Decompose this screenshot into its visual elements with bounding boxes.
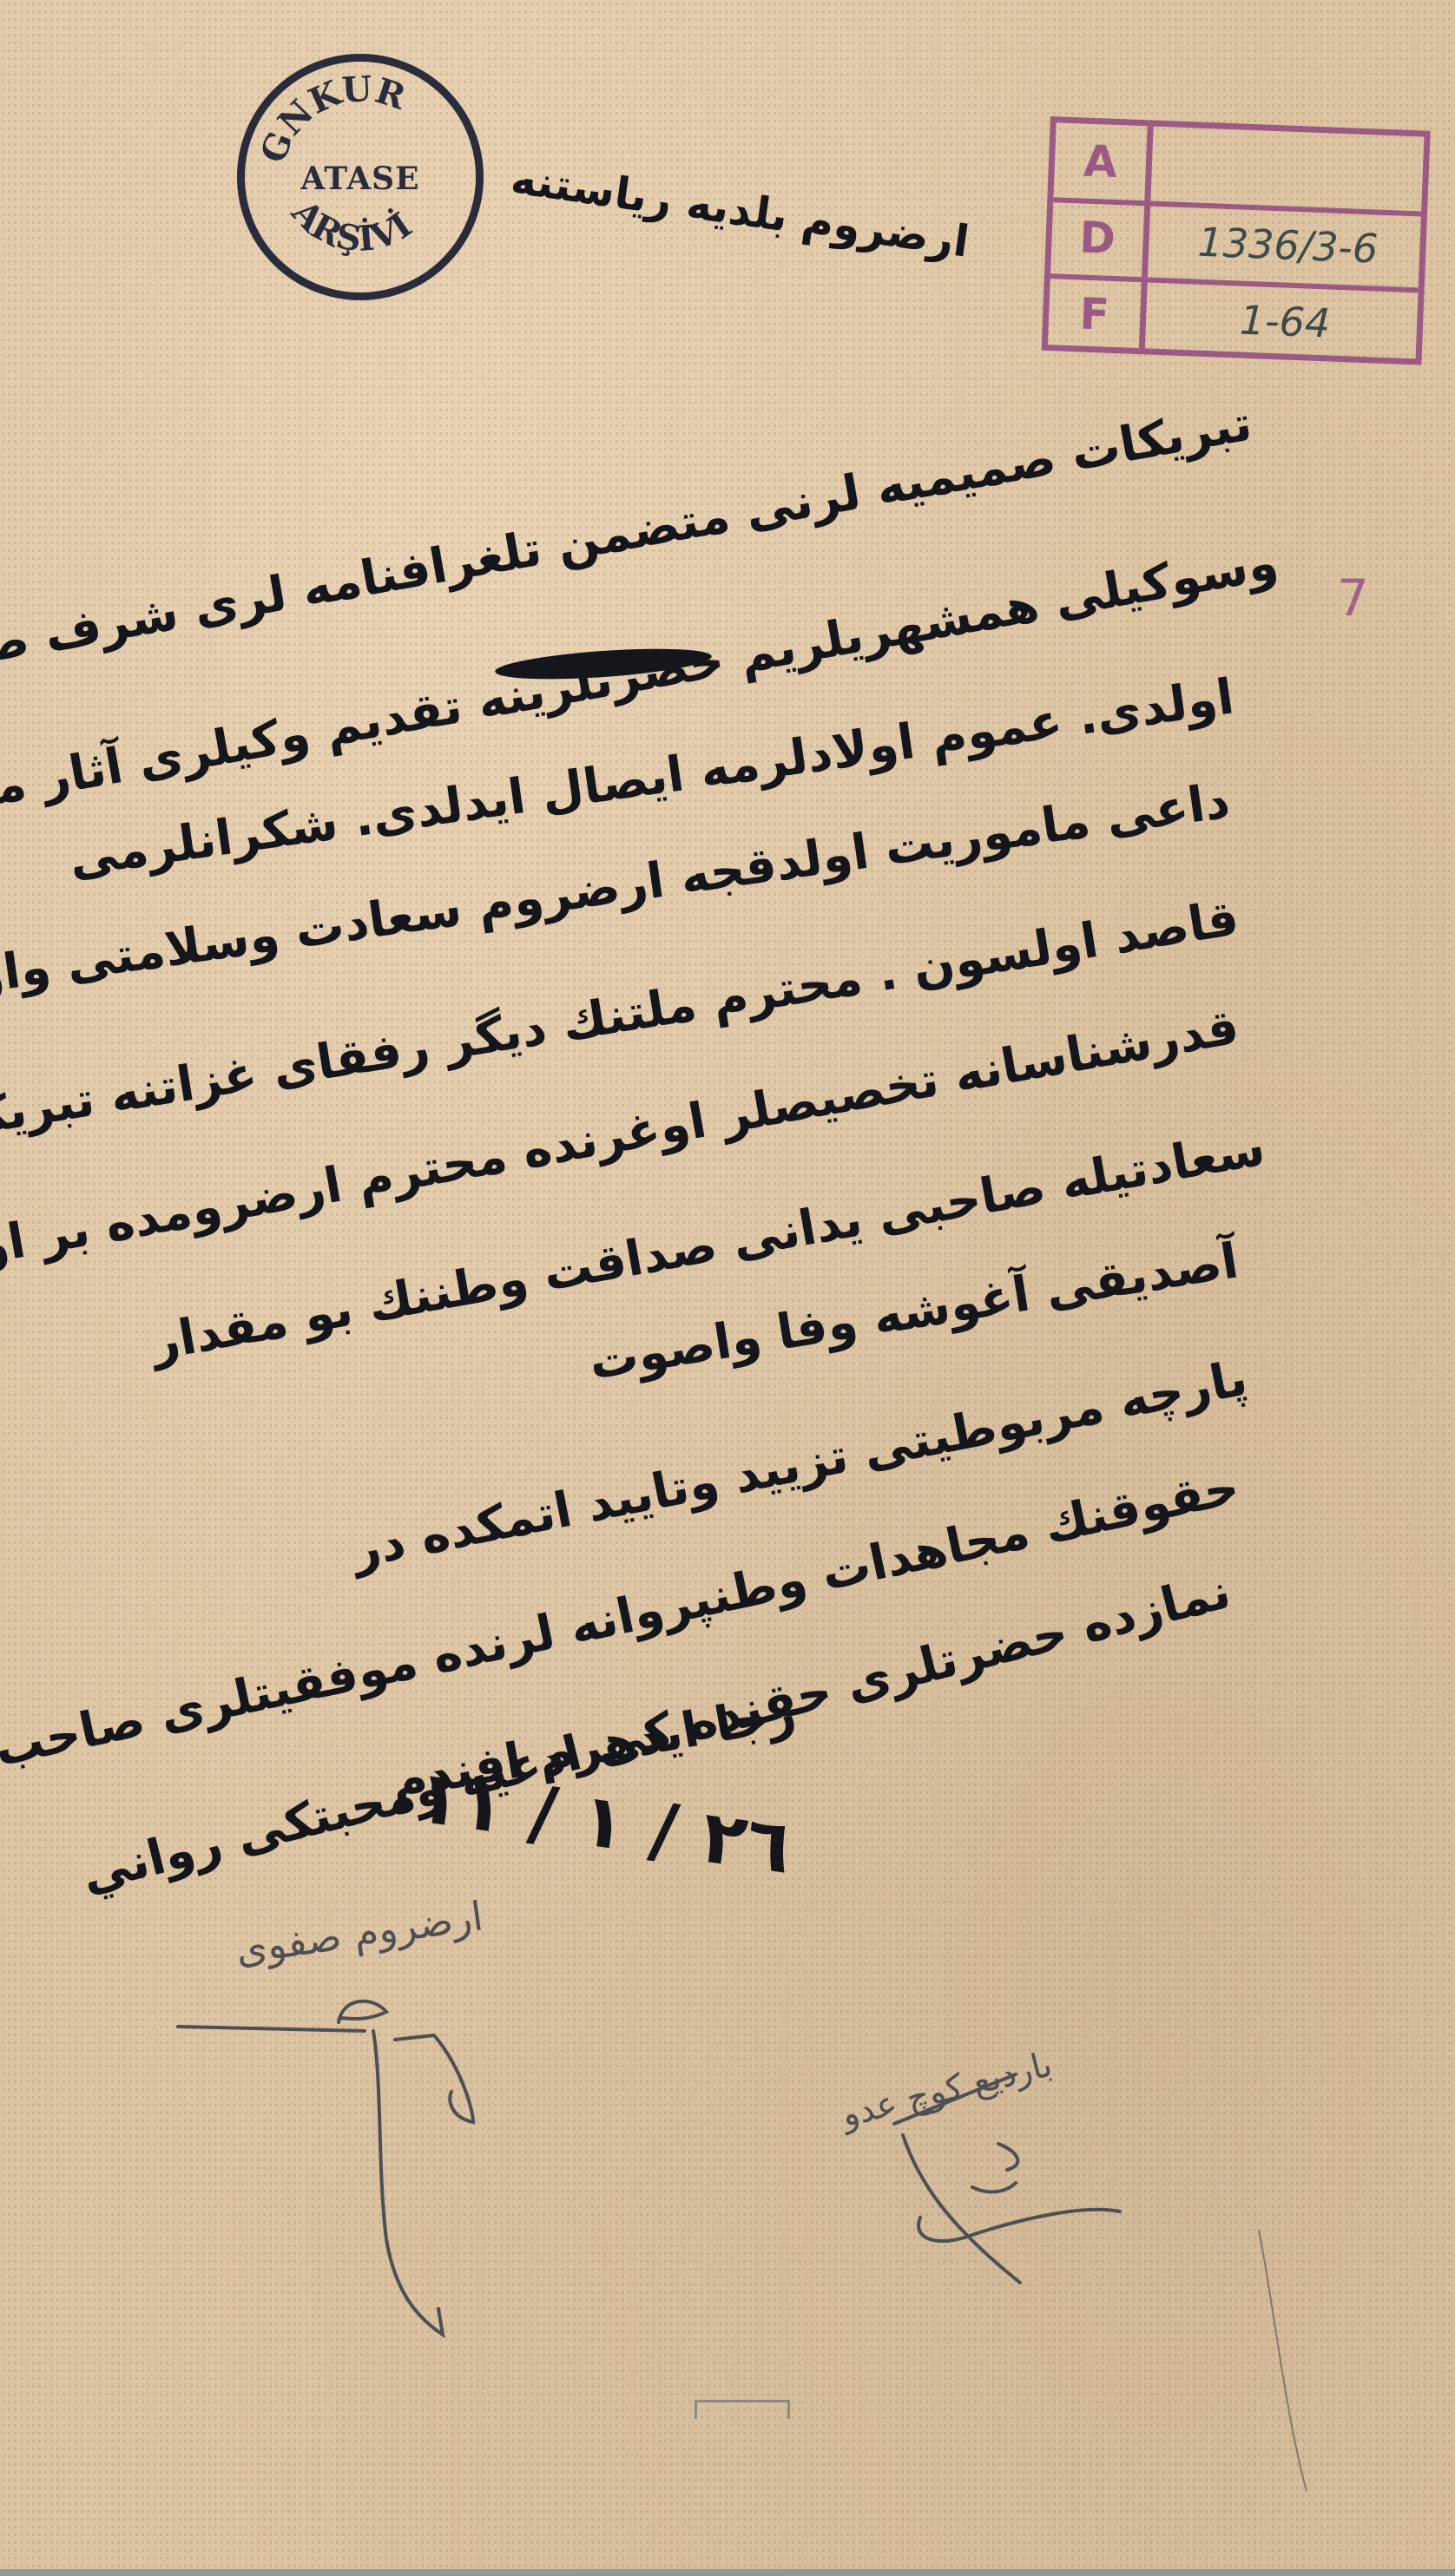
scan-edge — [0, 2569, 1455, 2576]
signature-right-icon — [894, 2074, 1120, 2283]
staple-mark — [695, 2400, 790, 2419]
pencil-signatures — [0, 0, 1455, 2576]
pencil-scratch-icon — [1259, 2231, 1307, 2491]
signature-left-icon — [178, 2001, 473, 2335]
